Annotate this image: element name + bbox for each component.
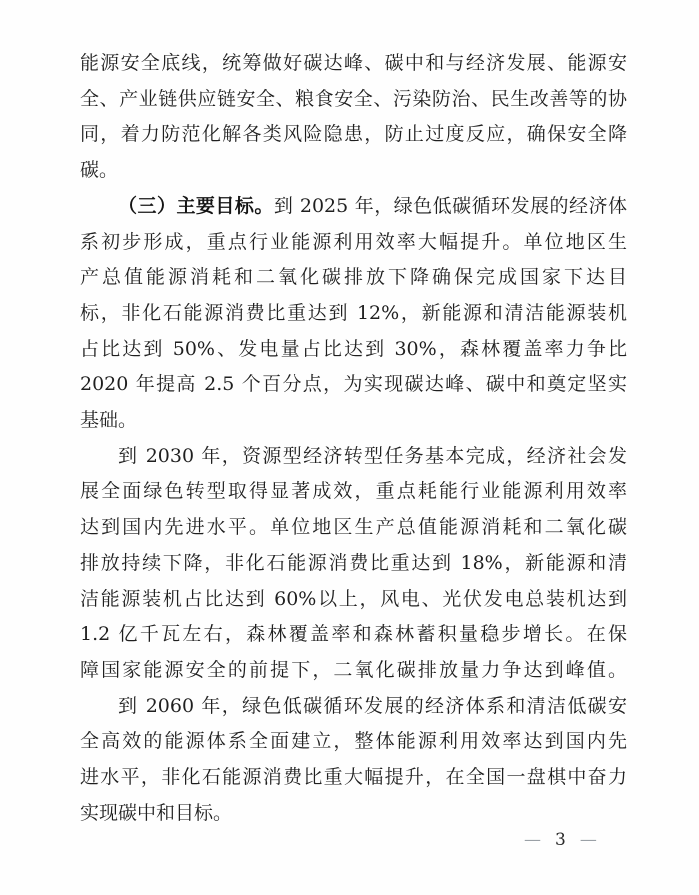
text-run: 展全面绿色转型取得显著成效，重点耗能行业能源利用效率 [80,480,627,502]
text-run: 碳。 [80,159,118,181]
text-line: 到 2030 年，资源型经济转型任务基本完成，经济社会发 [80,439,627,475]
text-run: 全高效的能源体系全面建立，整体能源利用效率达到国内先 [80,730,627,752]
text-line: 同，着力防范化解各类风险隐患，防止过度反应，确保安全降 [80,117,627,153]
text-run: 实现碳中和目标。 [80,802,232,824]
text-line: 展全面绿色转型取得显著成效，重点耗能行业能源利用效率 [80,474,627,510]
text-run: 产总值能源消耗和二氧化碳排放下降确保完成国家下达目 [80,266,627,288]
text-run: 系初步形成，重点行业能源利用效率大幅提升。单位地区生 [80,231,627,253]
text-run: 能源安全底线，统筹做好碳达峰、碳中和与经济发展、能源安 [80,52,627,74]
text-line: 达到国内先进水平。单位地区生产总值能源消耗和二氧化碳 [80,510,627,546]
footer-dash-left: — [524,829,541,851]
text-run: 全、产业链供应链安全、粮食安全、污染防治、民生改善等的协 [80,88,627,110]
footer-dash-right: — [580,829,597,851]
text-run: 2020 年提高 2.5 个百分点，为实现碳达峰、碳中和奠定坚实 [80,373,627,395]
text-run: 进水平，非化石能源消费比重大幅提升，在全国一盘棋中奋力 [80,766,627,788]
page-footer: — 3 — [524,829,597,851]
text-line: 障国家能源安全的前提下，二氧化碳排放量力争达到峰值。 [80,653,627,689]
text-line: 基础。 [80,403,627,439]
text-line: 排放持续下降，非化石能源消费比重达到 18%，新能源和清 [80,546,627,582]
text-line: 洁能源装机占比达到 60%以上，风电、光伏发电总装机达到 [80,582,627,618]
text-run: 达到国内先进水平。单位地区生产总值能源消耗和二氧化碳 [80,516,627,538]
text-run: 障国家能源安全的前提下，二氧化碳排放量力争达到峰值。 [80,659,627,681]
text-run: 到 2025 年，绿色低碳循环发展的经济体 [274,195,627,217]
section-heading: （三）主要目标。 [118,195,274,217]
text-line: 系初步形成，重点行业能源利用效率大幅提升。单位地区生 [80,225,627,261]
text-run: 排放持续下降，非化石能源消费比重达到 18%，新能源和清 [80,552,627,574]
text-line: 标，非化石能源消费比重达到 12%，新能源和清洁能源装机 [80,296,627,332]
text-run: 标，非化石能源消费比重达到 12%，新能源和清洁能源装机 [80,302,627,324]
text-run: 到 2060 年，绿色低碳循环发展的经济体系和清洁低碳安 [118,695,627,717]
text-line: 全、产业链供应链安全、粮食安全、污染防治、民生改善等的协 [80,82,627,118]
text-line: 碳。 [80,153,627,189]
text-run: 同，着力防范化解各类风险隐患，防止过度反应，确保安全降 [80,123,627,145]
text-line: （三）主要目标。到 2025 年，绿色低碳循环发展的经济体 [80,189,627,225]
text-run: 基础。 [80,409,137,431]
document-page: 能源安全底线，统筹做好碳达峰、碳中和与经济发展、能源安全、产业链供应链安全、粮食… [0,0,699,895]
text-line: 全高效的能源体系全面建立，整体能源利用效率达到国内先 [80,724,627,760]
document-body: 能源安全底线，统筹做好碳达峰、碳中和与经济发展、能源安全、产业链供应链安全、粮食… [80,46,627,831]
text-line: 能源安全底线，统筹做好碳达峰、碳中和与经济发展、能源安 [80,46,627,82]
text-line: 1.2 亿千瓦左右，森林覆盖率和森林蓄积量稳步增长。在保 [80,617,627,653]
text-run: 洁能源装机占比达到 60%以上，风电、光伏发电总装机达到 [80,588,627,610]
text-run: 到 2030 年，资源型经济转型任务基本完成，经济社会发 [118,445,627,467]
text-line: 2020 年提高 2.5 个百分点，为实现碳达峰、碳中和奠定坚实 [80,367,627,403]
text-run: 占比达到 50%、发电量占比达到 30%，森林覆盖率力争比 [80,338,627,360]
text-line: 实现碳中和目标。 [80,796,627,832]
text-line: 进水平，非化石能源消费比重大幅提升，在全国一盘棋中奋力 [80,760,627,796]
text-line: 到 2060 年，绿色低碳循环发展的经济体系和清洁低碳安 [80,689,627,725]
page-number: 3 [555,829,566,851]
text-line: 占比达到 50%、发电量占比达到 30%，森林覆盖率力争比 [80,332,627,368]
text-line: 产总值能源消耗和二氧化碳排放下降确保完成国家下达目 [80,260,627,296]
text-run: 1.2 亿千瓦左右，森林覆盖率和森林蓄积量稳步增长。在保 [80,623,627,645]
